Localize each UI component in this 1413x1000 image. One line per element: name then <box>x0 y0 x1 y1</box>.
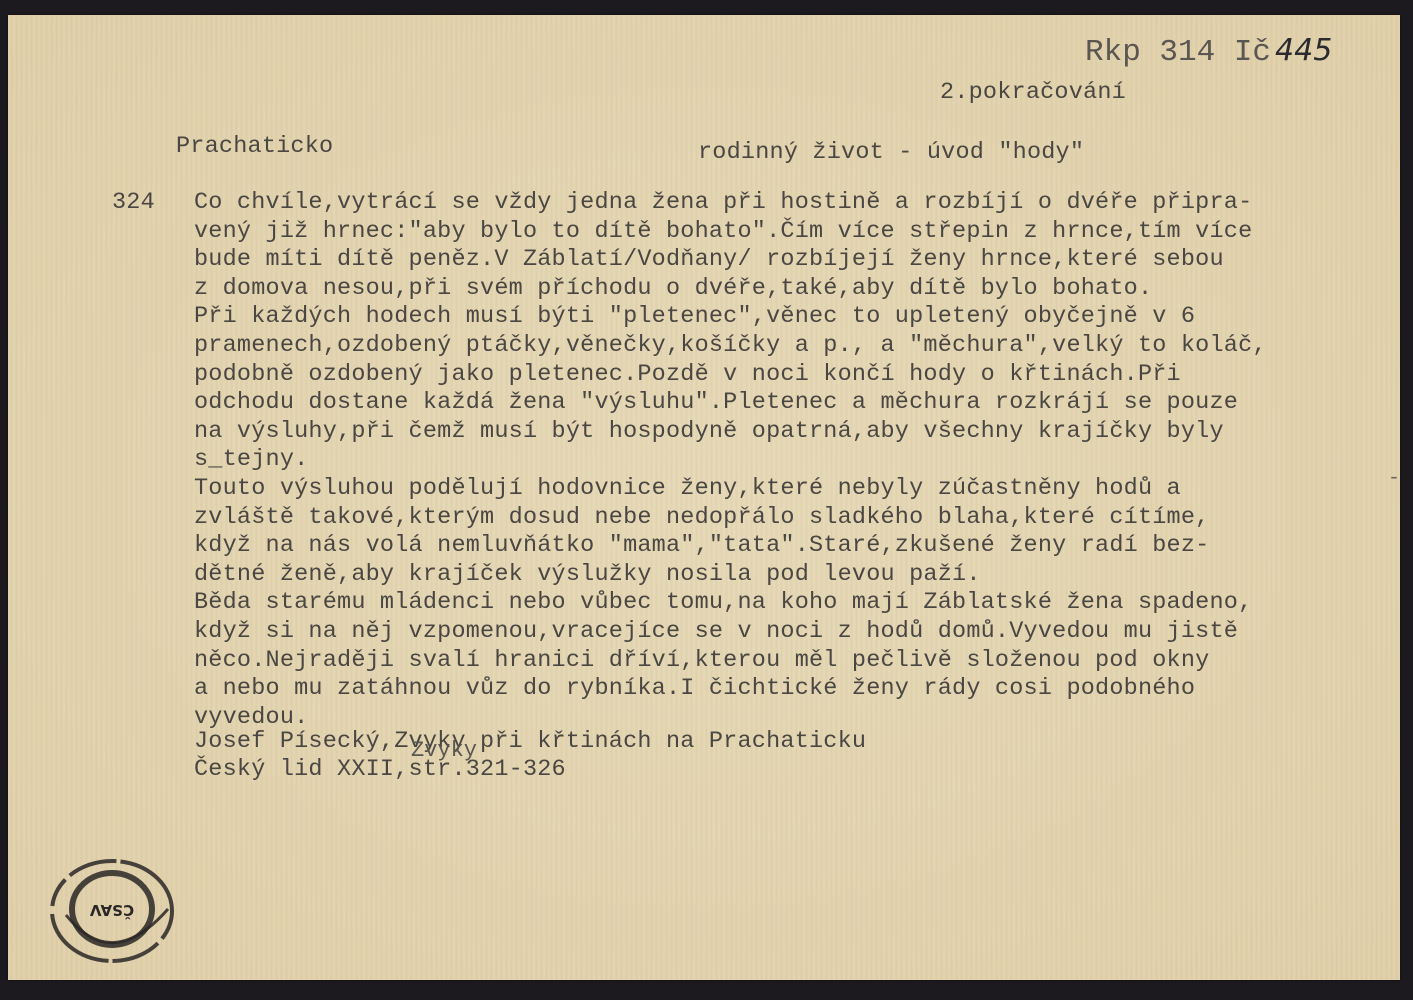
body-line: bude míti dítě peněz.V Záblatí/Vodňany/ … <box>194 246 1267 275</box>
body-line: a nebo mu zatáhnou vůz do rybníka.I čich… <box>194 675 1267 704</box>
body-line: Běda starému mládenci nebo vůbec tomu,na… <box>194 589 1267 618</box>
source-line: Josef Písecký,Zvyky při křtinách na Prac… <box>194 728 866 756</box>
entry-number: 324 <box>112 189 155 218</box>
body-line: když si na něj vzpomenou,vracejíce se v … <box>194 618 1267 647</box>
body-line: Co chvíle,vytrácí se vždy jedna žena při… <box>194 189 1267 218</box>
handwritten-number: 445 <box>1275 33 1332 68</box>
stamp-text: ČSAV <box>89 901 134 920</box>
shelfmark-typed: Rkp 314 Ič <box>1085 35 1271 70</box>
source-citation: Josef Písecký,Zvyky při křtinách na Prac… <box>194 728 866 784</box>
archive-stamp-icon: ČSAV <box>46 855 180 967</box>
body-line: podobně ozdobený jako pletenec.Pozdě v n… <box>194 361 1267 390</box>
body-line: odchodu dostane každá žena "výsluhu".Ple… <box>194 389 1267 418</box>
source-overtype: Zvyky <box>411 738 477 763</box>
body-line: dětné ženě,aby krajíček výslužky nosila … <box>194 561 1267 590</box>
body-line: pramenech,ozdobený ptáčky,věnečky,košíčk… <box>194 332 1267 361</box>
shelfmark: Rkp 314 Ič445 <box>1085 33 1332 70</box>
topic-heading: rodinný život - úvod "hody" <box>698 139 1084 168</box>
index-card: Rkp 314 Ič445 2.pokračování Prachaticko … <box>8 15 1400 980</box>
margin-mark: - <box>1388 467 1400 490</box>
body-line: s_tejny. <box>194 446 1267 475</box>
body-line: Při každých hodech musí býti "pletenec",… <box>194 303 1267 332</box>
card-body: Co chvíle,vytrácí se vždy jedna žena při… <box>194 189 1267 732</box>
body-line: na výsluhy,při čemž musí být hospodyně o… <box>194 418 1267 447</box>
source-line: Český lid XXII,str.321-326 <box>194 756 866 784</box>
body-line: vený již hrnec:"aby bylo to dítě bohato"… <box>194 218 1267 247</box>
body-line: Touto výsluhou podělují hodovnice ženy,k… <box>194 475 1267 504</box>
body-line: když na nás volá nemluvňátko "mama","tat… <box>194 532 1267 561</box>
body-line: něco.Nejraději svalí hranici dříví,ktero… <box>194 647 1267 676</box>
region-heading: Prachaticko <box>176 133 333 162</box>
continuation-label: 2.pokračování <box>940 79 1126 108</box>
body-line: zvláště takové,kterým dosud nebe nedopřá… <box>194 504 1267 533</box>
body-line: z domova nesou,při svém příchodu o dvéře… <box>194 275 1267 304</box>
